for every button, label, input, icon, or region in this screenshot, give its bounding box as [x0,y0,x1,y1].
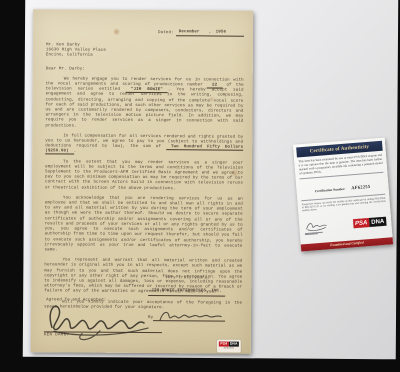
recipient-block: Mr. Ken Darby 16630 High Valley Place En… [46,43,244,60]
letter-content: Dated: December , 1956 Mr. Ken Darby 166… [44,22,244,349]
psa-dna-logo-large: PSA DNA [353,217,387,228]
date-line: Dated: December , 1956 [158,29,244,37]
p2-post: . [74,150,77,154]
paragraph-rights: You acknowledge that you are rendering s… [44,196,242,255]
psa-dna-sticker: PSA DNA AF62255 [217,340,241,353]
authenticator-signature-block [304,219,329,235]
authenticator-signature [304,219,329,232]
p4-text: You acknowledge that you are rendering s… [45,196,243,252]
psa-logo-text: PSA [353,218,370,228]
company-signature [155,309,225,323]
authenticator-title-line [305,233,318,235]
paragraph-compensation: In full compensation for all services re… [45,134,243,156]
certification-number-label: Certification Number: [315,187,346,193]
date-month: December [176,30,203,36]
contract-letter: Dated: December , 1956 Mr. Ken Darby 166… [31,9,253,354]
date-label: Dated: [158,31,174,36]
recipient-address2: Encino, California [46,54,244,61]
auction-photo: Dated: December , 1956 Mr. Ken Darby 166… [0,0,400,372]
salutation: Dear Mr. Darby: [46,67,244,74]
certification-number-value: AF62255 [351,184,370,190]
date-year: 1956 [212,30,230,36]
company-signature-line [153,308,225,322]
sticker-cert-number: AF62255 [224,347,234,350]
darby-signature-line [44,305,162,333]
paragraph-singer-terms: To the extent that you may render servic… [45,160,243,193]
certificate-signature-row: PSA DNA [303,208,387,242]
p3-text: To the extent that you may render servic… [45,160,243,191]
ken-darby-signature [40,297,162,344]
certificate-of-authenticity: Certificate of Authenticity This item ha… [293,138,393,252]
paragraph-engagement: We hereby engage you to render services … [45,77,243,130]
valediction: Very truly yours, [165,276,209,282]
date-day-blank: , [203,30,212,36]
signature-area: Very truly yours, JIM BOWIE ENTERPRISES,… [44,275,243,361]
darby-signature-block: KEN DARBY [44,305,162,339]
dna-logo-text: DNA [369,217,387,227]
date-underline-tail [230,36,244,37]
p1-post: . You hereby accept said engagement and … [45,88,243,128]
company-name: JIM BOWIE ENTERPRISES, INC. [148,289,225,297]
